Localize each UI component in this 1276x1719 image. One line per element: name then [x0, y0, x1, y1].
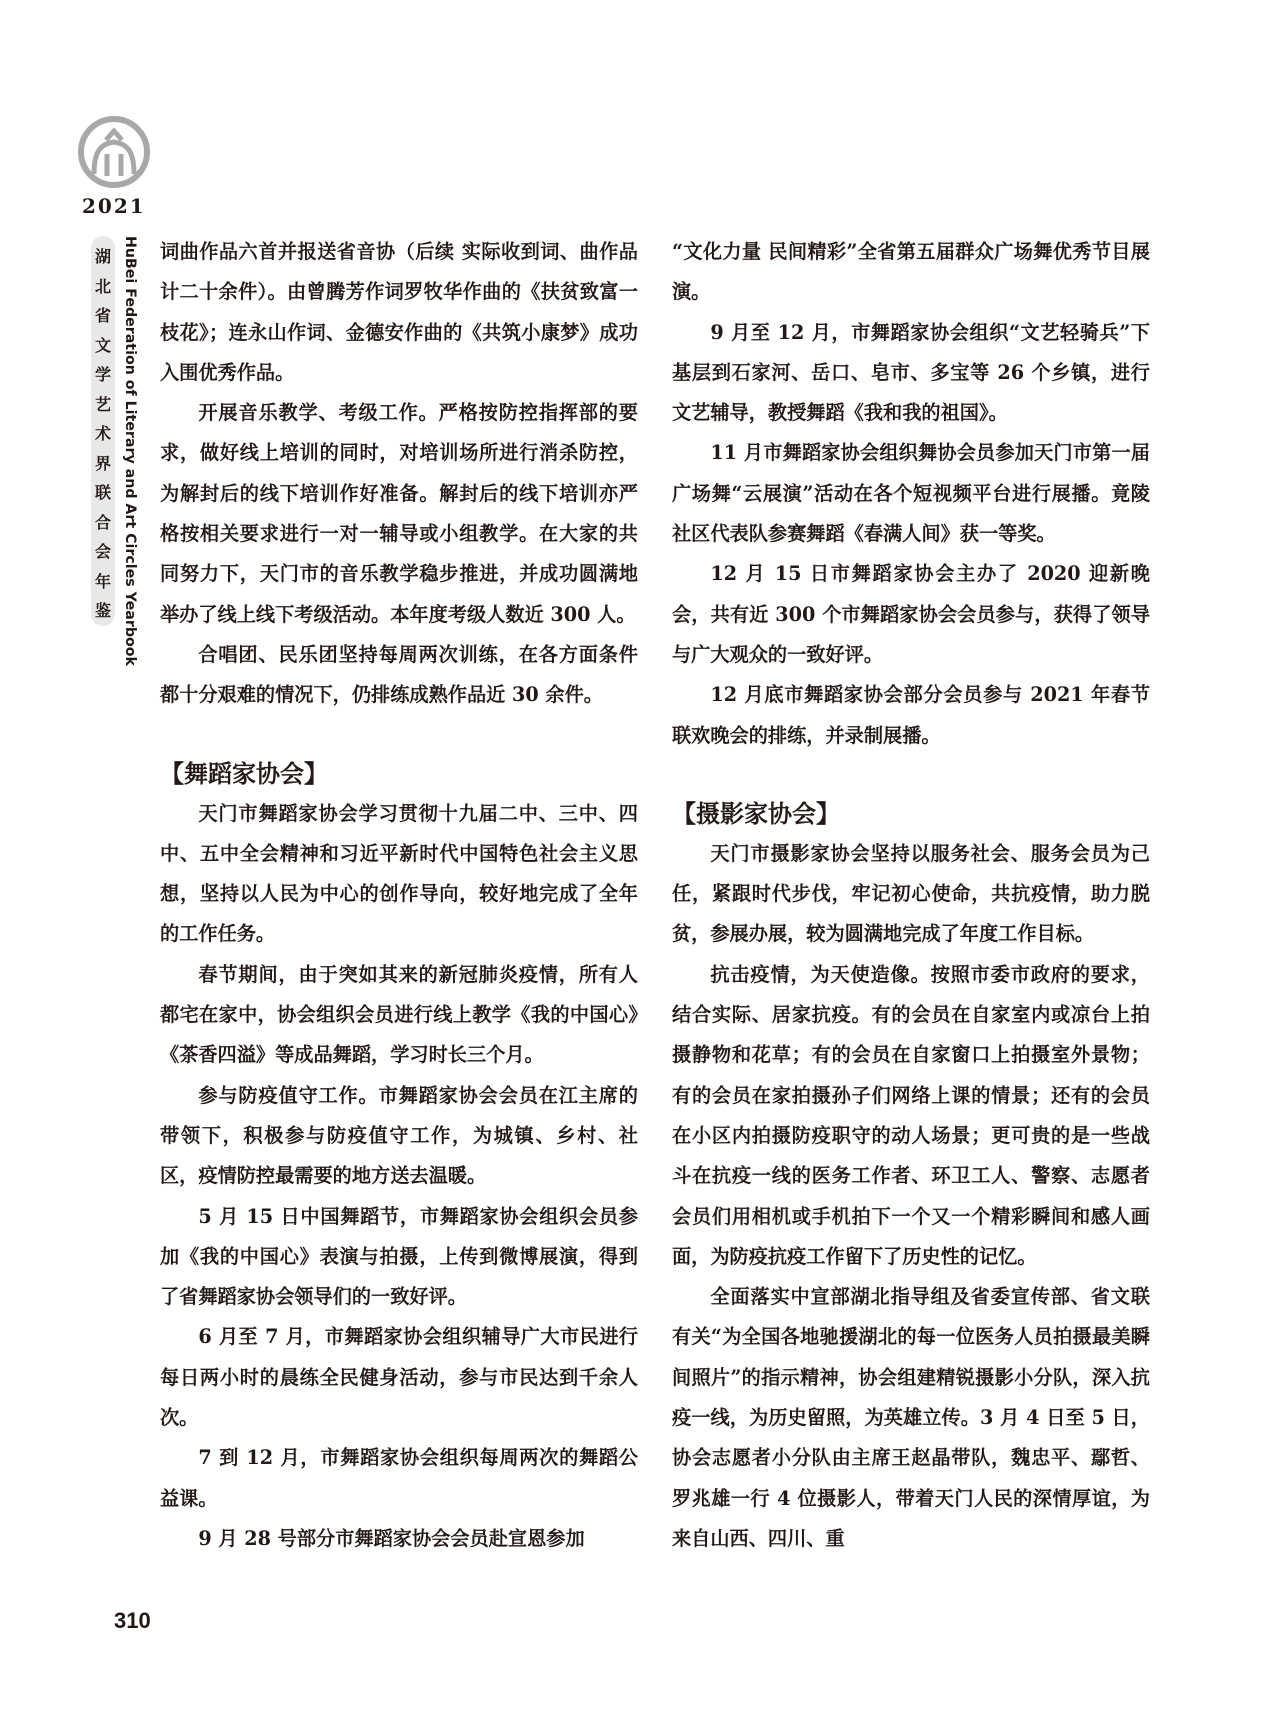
paragraph: 9 月至 12 月，市舞蹈家协会组织“文艺轻骑兵”下基层到石家河、岳口、皂市、多… [672, 313, 1150, 434]
paragraph: 开展音乐教学、考级工作。严格按防控指挥部的要求，做好线上培训的同时，对培训场所进… [160, 393, 638, 635]
paragraph: “文化力量 民间精彩”全省第五届群众广场舞优秀节目展演。 [672, 232, 1150, 313]
paragraph: 7 到 12 月，市舞蹈家协会组织每周两次的舞蹈公益课。 [160, 1438, 638, 1519]
side-title-char: 年 [95, 567, 111, 597]
side-title-char: 会 [95, 537, 111, 567]
side-title-char: 联 [95, 478, 111, 508]
yearbook-emblem-icon [76, 114, 152, 190]
side-title-char: 北 [95, 272, 111, 302]
side-title-char: 界 [95, 449, 111, 479]
paragraph: 参与防疫值守工作。市舞蹈家协会会员在江主席的带领下，积极参与防疫值守工作，为城镇… [160, 1076, 638, 1197]
side-title-char: 学 [95, 360, 111, 390]
paragraph: 抗击疫情，为天使造像。按照市委市政府的要求，结合实际、居家抗疫。有的会员在自家室… [672, 955, 1150, 1277]
paragraph: 9 月 28 号部分市舞蹈家协会会员赴宣恩参加 [160, 1519, 638, 1559]
paragraph: 5 月 15 日中国舞蹈节，市舞蹈家协会组织会员参加《我的中国心》表演与拍摄，上… [160, 1197, 638, 1318]
side-title-char: 艺 [95, 390, 111, 420]
section-heading-dance-association: 【舞蹈家协会】 [160, 754, 638, 794]
side-title-char: 湖 [95, 242, 111, 272]
page-number: 310 [114, 1608, 151, 1634]
paragraph: 合唱团、民乐团坚持每周两次训练，在各方面条件都十分艰难的情况下，仍排练成熟作品近… [160, 635, 638, 716]
paragraph: 词曲作品六首并报送省音协（后续 实际收到词、曲作品计二十余件）。由曾腾芳作词罗牧… [160, 232, 638, 393]
side-title-chinese: 湖 北 省 文 学 艺 术 界 联 合 会 年 鉴 [91, 236, 115, 626]
paragraph: 全面落实中宣部湖北指导组及省委宣传部、省文联有关“为全国各地驰援湖北的每一位医务… [672, 1277, 1150, 1559]
side-title-char: 文 [95, 331, 111, 361]
yearbook-year: 2021 [82, 194, 146, 218]
paragraph: 春节期间，由于突如其来的新冠肺炎疫情，所有人都宅在家中，协会组织会员进行线上教学… [160, 955, 638, 1076]
paragraph: 12 月 15 日市舞蹈家协会主办了 2020 迎新晚会，共有近 300 个市舞… [672, 554, 1150, 675]
side-title-english: HuBei Federation of Literary and Art Cir… [122, 236, 138, 666]
side-title-char: 合 [95, 508, 111, 538]
side-title-char: 鉴 [95, 596, 111, 626]
paragraph: 天门市摄影家协会坚持以服务社会、服务会员为己任，紧跟时代步伐，牢记初心使命，共抗… [672, 834, 1150, 955]
side-title-char: 术 [95, 419, 111, 449]
section-heading-photography-association: 【摄影家协会】 [672, 794, 1150, 834]
side-title-char: 省 [95, 301, 111, 331]
right-column: “文化力量 民间精彩”全省第五届群众广场舞优秀节目展演。 9 月至 12 月，市… [672, 232, 1150, 1559]
paragraph: 6 月至 7 月，市舞蹈家协会组织辅导广大市民进行每日两小时的晨练全民健身活动，… [160, 1317, 638, 1438]
paragraph: 12 月底市舞蹈家协会部分会员参与 2021 年春节联欢晚会的排练，并录制展播。 [672, 675, 1150, 756]
paragraph: 11 月市舞蹈家协会组织舞协会员参加天门市第一届广场舞“云展演”活动在各个短视频… [672, 433, 1150, 554]
paragraph: 天门市舞蹈家协会学习贯彻十九届二中、三中、四中、五中全会精神和习近平新时代中国特… [160, 794, 638, 955]
left-column: 词曲作品六首并报送省音协（后续 实际收到词、曲作品计二十余件）。由曾腾芳作词罗牧… [160, 232, 638, 1559]
